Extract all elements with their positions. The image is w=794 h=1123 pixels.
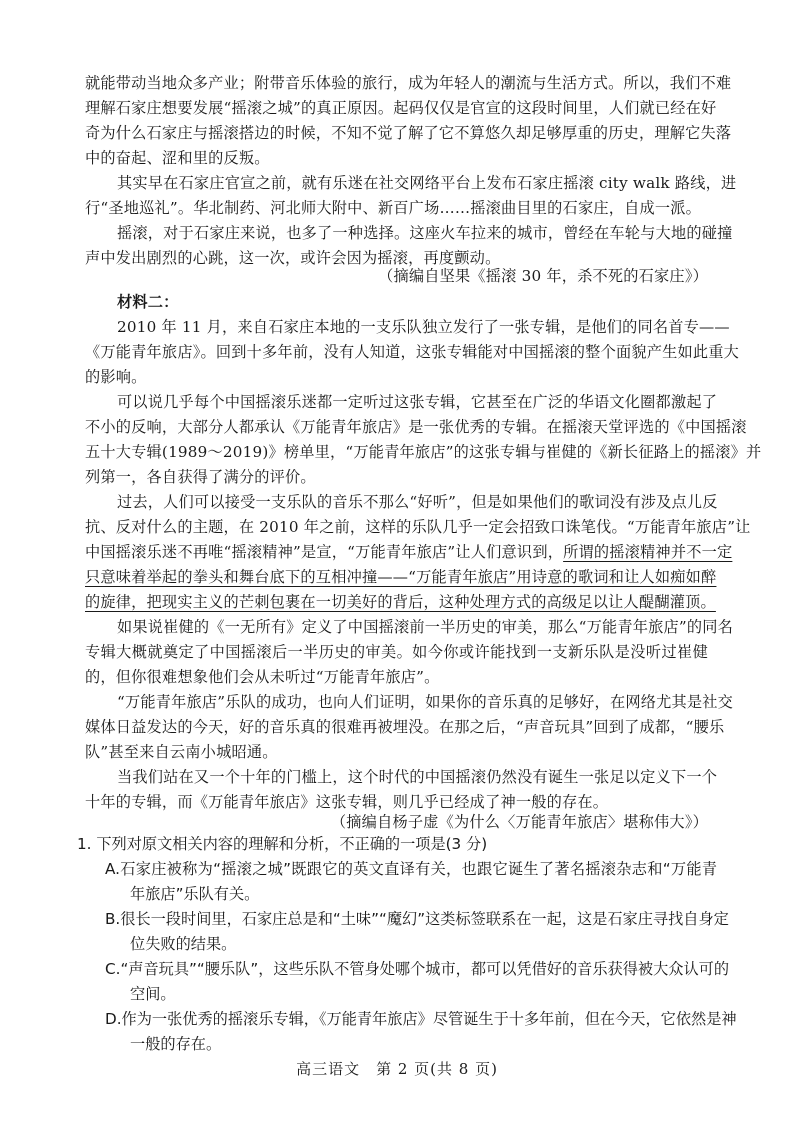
exam-page: 就能带动当地众多产业；附带音乐体验的旅行，成为年轻人的潮流与生活方式。所以，我们… xyxy=(0,0,794,1123)
question-stem: 1. 下列对原文相关内容的理解和分析，不正确的一项是(3 分) xyxy=(77,833,717,855)
source-citation: （摘编自杨子虚《为什么〈万能青年旅店〉堪称伟大》） xyxy=(85,811,708,833)
body-line: 中的奋起、涩和里的反叛。 xyxy=(85,147,708,169)
option-text: “声音玩具”“腰乐队”，这些乐队不管身处哪个城市，都可以凭借好的音乐获得被大众认… xyxy=(120,960,729,978)
underlined-line: 只意味着举起的拳头和舞台底下的互相冲撞——“万能青年旅店”用诗意的歌词和让人如痴… xyxy=(85,566,708,588)
body-line: 过去，人们可以接受一支乐队的音乐不那么“好听”，但是如果他们的歌词没有涉及点儿反 xyxy=(117,491,708,513)
body-text: 中国摇滚乐迷不再唯“摇滚精神”是宣，“万能青年旅店”让人们意识到， xyxy=(85,543,563,561)
option-c-continued: 空间。 xyxy=(130,983,717,1005)
source-citation: （摘编自坚果《摇滚 30 年，杀不死的石家庄》） xyxy=(85,265,708,287)
body-line: 《万能青年旅店》。回到十多年前，没有人知道，这张专辑能对中国摇滚的整个面貌产生如… xyxy=(85,341,708,363)
body-line: 十年的专辑，而《万能青年旅店》这张专辑，则几乎已经成了神一般的存在。 xyxy=(85,791,708,813)
option-b-continued: 位失败的结果。 xyxy=(130,933,717,955)
body-line: “万能青年旅店”乐队的成功，也向人们证明，如果你的音乐真的足够好，在网络尤其是社… xyxy=(117,691,708,713)
option-a[interactable]: A.石家庄被称为“摇滚之城”既跟它的英文直译有关，也跟它诞生了著名摇滚杂志和“万… xyxy=(105,858,717,880)
option-text: 很长一段时间里，石家庄总是和“土味”“魔幻”这类标签联系在一起，这是石家庄寻找自… xyxy=(120,910,729,928)
option-d-continued: 一般的存在。 xyxy=(130,1033,717,1055)
body-line: 摇滚，对于石家庄来说，也多了一种选择。这座火车拉来的城市，曾经在车轮与大地的碰撞 xyxy=(117,222,708,244)
body-line: 奇为什么石家庄与摇滚搭边的时候，不知不觉了解了它不算悠久却足够厚重的历史，理解它… xyxy=(85,122,708,144)
body-line: 五十大专辑(1989～2019)》榜单里，“万能青年旅店”的这张专辑与崔健的《新… xyxy=(85,441,708,463)
option-label: C. xyxy=(105,960,120,978)
option-text: 石家庄被称为“摇滚之城”既跟它的英文直译有关，也跟它诞生了著名摇滚杂志和“万能青 xyxy=(120,860,717,878)
body-line: 当我们站在又一个十年的门槛上，这个时代的中国摇滚仍然没有诞生一张足以定义下一个 xyxy=(117,766,708,788)
body-line: 的，但你很难想象他们会从未听过“万能青年旅店”。 xyxy=(85,666,708,688)
body-line: 抗、反对什么的主题，在 2010 年之前，这样的乐队几乎一定会招致口诛笔伐。“万… xyxy=(85,516,708,538)
underlined-line: 的旋律，把现实主义的芒刺包裹在一切美好的背后，这种处理方式的高级足以让人醍醐灌顶… xyxy=(85,591,708,613)
underlined-text: 所谓的摇滚精神并不一定 xyxy=(563,543,732,561)
body-line: 的影响。 xyxy=(85,366,708,388)
page-footer: 高三语文 第 2 页(共 8 页) xyxy=(0,1058,794,1079)
option-label: A. xyxy=(105,860,120,878)
option-b[interactable]: B.很长一段时间里，石家庄总是和“土味”“魔幻”这类标签联系在一起，这是石家庄寻… xyxy=(105,908,717,930)
body-line: 2010 年 11 月，来自石家庄本地的一支乐队独立发行了一张专辑，是他们的同名… xyxy=(117,316,708,338)
option-label: B. xyxy=(105,910,120,928)
body-line: 中国摇滚乐迷不再唯“摇滚精神”是宣，“万能青年旅店”让人们意识到，所谓的摇滚精神… xyxy=(85,541,708,563)
option-c[interactable]: C.“声音玩具”“腰乐队”，这些乐队不管身处哪个城市，都可以凭借好的音乐获得被大… xyxy=(105,958,717,980)
body-line: 不小的反响，大部分人都承认《万能青年旅店》是一张优秀的专辑。在摇滚天堂评选的《中… xyxy=(85,416,708,438)
body-line: 行“圣地巡礼”。华北制药、河北师大附中、新百广场……摇滚曲目里的石家庄，自成一派… xyxy=(85,197,708,219)
section-heading: 材料二： xyxy=(117,291,740,313)
body-line: 理解石家庄想要发展“摇滚之城”的真正原因。起码仅仅是官宣的这段时间里，人们就已经… xyxy=(85,97,708,119)
option-label: D. xyxy=(105,1010,122,1028)
body-line: 媒体日益发达的今天，好的音乐真的很难再被埋没。在那之后，“声音玩具”回到了成都，… xyxy=(85,716,708,738)
body-line: 其实早在石家庄官宣之前，就有乐迷在社交网络平台上发布石家庄摇滚 city wal… xyxy=(117,172,708,194)
body-line: 专辑大概就奠定了中国摇滚后一半历史的审美。如今你或许能找到一支新乐队是没听过崔健 xyxy=(85,641,708,663)
body-line: 队”甚至来自云南小城昭通。 xyxy=(85,741,708,763)
body-line: 如果说崔健的《一无所有》定义了中国摇滚前一半历史的审美，那么“万能青年旅店”的同… xyxy=(117,616,708,638)
option-d[interactable]: D.作为一张优秀的摇滚乐专辑，《万能青年旅店》尽管诞生于十多年前，但在今天，它依… xyxy=(105,1008,717,1030)
body-line: 列第一，各自获得了满分的评价。 xyxy=(85,466,708,488)
underlined-text: 的旋律，把现实主义的芒刺包裹在一切美好的背后，这种处理方式的高级足以让人醍醐灌顶… xyxy=(85,593,716,611)
option-text: 作为一张优秀的摇滚乐专辑，《万能青年旅店》尽管诞生于十多年前，但在今天，它依然是… xyxy=(122,1010,737,1028)
option-a-continued: 年旅店”乐队有关。 xyxy=(130,883,717,905)
body-line: 可以说几乎每个中国摇滚乐迷都一定听过这张专辑，它甚至在广泛的华语文化圈都激起了 xyxy=(117,391,708,413)
body-line: 就能带动当地众多产业；附带音乐体验的旅行，成为年轻人的潮流与生活方式。所以，我们… xyxy=(85,72,708,94)
